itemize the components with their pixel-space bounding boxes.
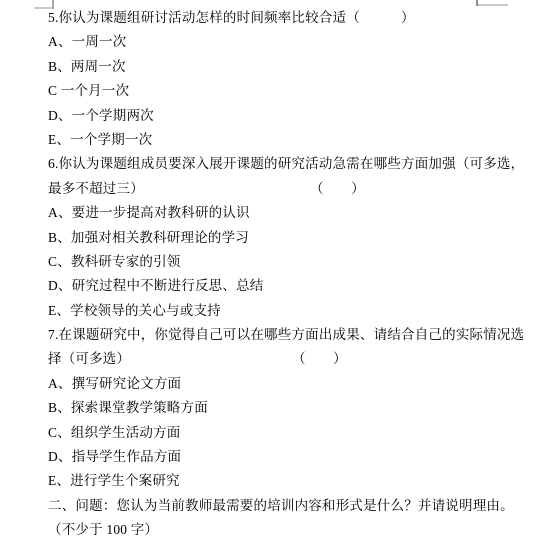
question-6-answer-blank: （ ） [310,177,365,201]
question-6-option-d: D、研究过程中不断进行反思、总结 [48,274,548,298]
document-page: 5.你认为课题组研讨活动怎样的时间频率比较合适（ ） A、一周一次 B、两周一次… [0,0,557,549]
question-7-option-b: B、探索课堂教学策略方面 [48,396,548,420]
question-7-option-a: A、撰写研究论文方面 [48,372,548,396]
question-6-title-line2-text: 最多不超过三） [48,181,144,196]
question-5-option-b: B、两周一次 [48,55,548,79]
document-body: 5.你认为课题组研讨活动怎样的时间频率比较合适（ ） A、一周一次 B、两周一次… [48,6,548,543]
question-7-option-d: D、指导学生作品方面 [48,445,548,469]
question-7-title-line2-text: 择（可多选） [48,351,130,366]
question-6-option-e: E、学校领导的关心与或支持 [48,299,548,323]
question-5-title: 5.你认为课题组研讨活动怎样的时间频率比较合适（ ） [48,6,548,30]
question-7-answer-blank: （ ） [292,347,347,371]
final-question-line2: （不少于 100 字） [48,518,548,542]
question-6-title-line1: 6.你认为课题组成员要深入展开课题的研究活动急需在哪些方面加强（可多选， [48,152,548,176]
question-6-title-line2: 最多不超过三） （ ） [48,177,548,201]
question-7-option-e: E、进行学生个案研究 [48,469,548,493]
final-question-line1: 二、问题：您认为当前教师最需要的培训内容和形式是什么？并请说明理由。 [48,494,548,518]
question-6-option-a: A、要进一步提高对教科研的认识 [48,201,548,225]
question-6-option-b: B、加强对相关教科研理论的学习 [48,226,548,250]
question-7-title-line2: 择（可多选） （ ） [48,347,548,371]
question-7-title-line1: 7.在课题研究中，你觉得自己可以在哪些方面出成果、请结合自己的实际情况选 [48,323,548,347]
question-5-option-c: C 一个月一次 [48,79,548,103]
question-7-option-c: C、组织学生活动方面 [48,421,548,445]
question-5-option-e: E、一个学期一次 [48,128,548,152]
question-5-option-a: A、一周一次 [48,30,548,54]
question-6-option-c: C、教科研专家的引领 [48,250,548,274]
question-5-option-d: D、一个学期两次 [48,104,548,128]
